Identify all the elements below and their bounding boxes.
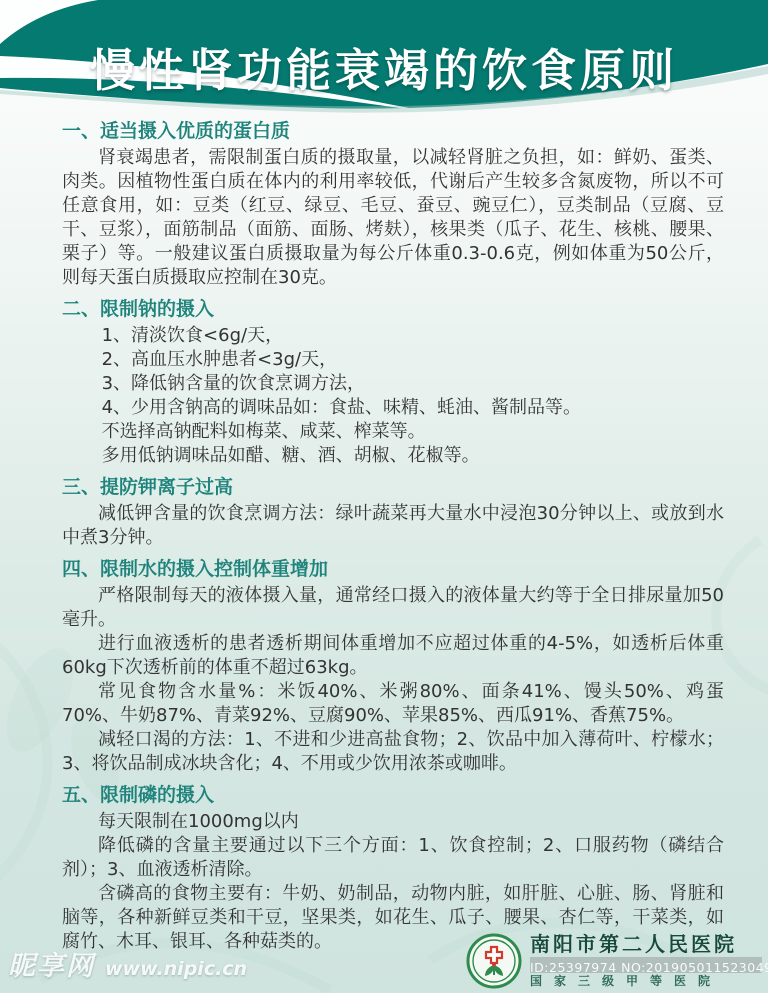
section-2-heading: 二、限制钠的摄入: [62, 297, 724, 321]
water-paragraph-4: 减轻口渴的方法：1、不进和少进高盐食物；2、饮品中加入薄荷叶、柠檬水；3、将饮品…: [62, 728, 724, 776]
hospital-text-block: 南阳市第二人民医院 ID:25397974 NO:201905011523049…: [530, 932, 762, 989]
water-paragraph-2: 进行血液透析的患者透析期间体重增加不应超过体重的4-5%，如透析后体重60kg下…: [62, 632, 724, 680]
section-potassium: 三、提防钾离子过高 减低钾含量的饮食烹调方法：绿叶蔬菜再大量水中浸泡30分钟以上…: [62, 475, 724, 550]
nipic-site-url: www.nipic.cn: [105, 958, 247, 980]
sodium-rule-4: 4、少用含钠高的调味品如：食盐、味精、蚝油、酱制品等。: [62, 396, 724, 420]
sodium-rule-2: 2、高血压水肿患者<3g/天，: [62, 348, 724, 372]
sodium-rule-1: 1、清淡饮食<6g/天，: [62, 324, 724, 348]
nipic-watermark: 昵享网 www.nipic.cn: [8, 944, 247, 983]
section-protein: 一、适当摄入优质的蛋白质 肾衰竭患者，需限制蛋白质的摄取量，以减轻肾脏之负担，如…: [62, 119, 724, 290]
hospital-grade: 国家三级甲等医院: [530, 974, 762, 989]
stock-watermark-id: ID:25397974 NO:20190501152304932000: [530, 960, 768, 975]
section-1-paragraph: 肾衰竭患者，需限制蛋白质的摄取量，以减轻肾脏之负担，如：鲜奶、蛋类、肉类。因植物…: [62, 146, 724, 290]
hospital-name: 南阳市第二人民医院: [530, 932, 762, 956]
phosphorus-paragraph-1: 每天限制在1000mg以内: [62, 810, 724, 834]
poster-body: 一、适当摄入优质的蛋白质 肾衰竭患者，需限制蛋白质的摄取量，以减轻肾脏之负担，如…: [62, 112, 724, 954]
hospital-footer: 南阳市第二人民医院 ID:25397974 NO:201905011523049…: [466, 932, 762, 989]
section-4-heading: 四、限制水的摄入控制体重增加: [62, 557, 724, 581]
sodium-rule-3: 3、降低钠含量的饮食烹调方法，: [62, 372, 724, 396]
sodium-rule-6: 多用低钠调味品如醋、糖、酒、胡椒、花椒等。: [62, 444, 724, 468]
hospital-logo-icon: [466, 933, 522, 989]
section-phosphorus: 五、限制磷的摄入 每天限制在1000mg以内 降低磷的含量主要通过以下三个方面：…: [62, 783, 724, 954]
water-paragraph-1: 严格限制每天的液体摄入量，通常经口摄入的液体量大约等于全日排尿量加50毫升。: [62, 584, 724, 632]
sodium-rule-5: 不选择高钠配料如梅菜、咸菜、榨菜等。: [62, 420, 724, 444]
poster-title: 慢性肾功能衰竭的饮食原则: [0, 34, 768, 99]
section-water: 四、限制水的摄入控制体重增加 严格限制每天的液体摄入量，通常经口摄入的液体量大约…: [62, 557, 724, 776]
nipic-site-name: 昵享网: [8, 944, 95, 983]
stock-watermark-bar: ID:25397974 NO:20190501152304932000: [530, 957, 762, 973]
phosphorus-paragraph-2: 降低磷的含量主要通过以下三个方面：1、饮食控制；2、口服药物（磷结合剂）；3、血…: [62, 834, 724, 882]
section-1-heading: 一、适当摄入优质的蛋白质: [62, 119, 724, 143]
section-3-heading: 三、提防钾离子过高: [62, 475, 724, 499]
poster-page: 慢性肾功能衰竭的饮食原则 一、适当摄入优质的蛋白质 肾衰竭患者，需限制蛋白质的摄…: [0, 0, 768, 993]
section-3-paragraph: 减低钾含量的饮食烹调方法：绿叶蔬菜再大量水中浸泡30分钟以上、或放到水中煮3分钟…: [62, 502, 724, 550]
section-5-heading: 五、限制磷的摄入: [62, 783, 724, 807]
water-paragraph-3: 常见食物含水量%：米饭40%、米粥80%、面条41%、馒头50%、鸡蛋70%、牛…: [62, 680, 724, 728]
section-sodium: 二、限制钠的摄入 1、清淡饮食<6g/天， 2、高血压水肿患者<3g/天， 3、…: [62, 297, 724, 468]
